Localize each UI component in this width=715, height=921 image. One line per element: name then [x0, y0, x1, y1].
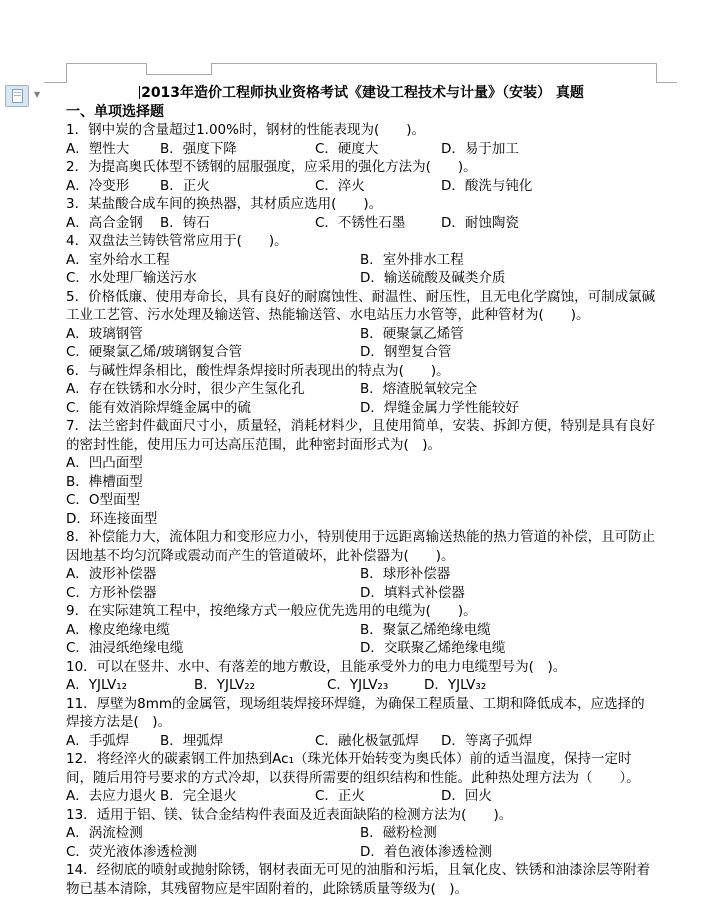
question: 7．法兰密封件截面尺寸小，质量轻，消耗材料少，且使用简单，安装、拆卸方便，特别是… [66, 417, 657, 528]
question-stem: 5．价格低廉、使用寿命长，具有良好的耐腐蚀性、耐温性、耐压性，且无电化学腐蚀，可… [66, 288, 657, 325]
question-options: A．塑性大 B．强度下降 C．硬度大 D．易于加工 [66, 140, 657, 159]
question-stem: 1．钢中炭的含量超过1.00%时，钢材的性能表现为( )。 [66, 121, 657, 140]
option: B．YJLV₂₂ [194, 676, 327, 695]
option: D．YJLV₃₂ [424, 676, 657, 695]
question: 10．可以在竖井、水中、有落差的地方敷设，且能承受外力的电力电缆型号为( )。 … [66, 658, 657, 695]
option: D．填料式补偿器 [360, 584, 657, 603]
option: B．磁粉检测 [360, 824, 657, 843]
page-title: 2013年造价工程师执业资格考试《建设工程技术与计量》（安装） 真题 [141, 85, 584, 101]
question-stem: 7．法兰密封件截面尺寸小，质量轻，消耗材料少，且使用简单，安装、拆卸方便，特别是… [66, 417, 657, 454]
paste-options-button[interactable]: ▼ [5, 85, 47, 107]
option: B．熔渣脱氧较完全 [360, 380, 657, 399]
page-boundary-line [44, 82, 66, 83]
option: C．能有效消除焊缝金属中的硫 [66, 399, 360, 418]
question-options: A．室外给水工程 B．室外排水工程 C．水处理厂输送污水 D．输送硫酸及碱类介质 [66, 251, 657, 288]
option: D．输送硫酸及碱类介质 [360, 269, 657, 288]
document-title-line: 2013年造价工程师执业资格考试《建设工程技术与计量》（安装） 真题 [66, 84, 657, 103]
question: 8．补偿能力大，流体阻力和变形应力小，特别使用于远距离输送热能的热力管道的补偿，… [66, 528, 657, 602]
paste-options-icon [5, 85, 29, 107]
option: C．正火 [315, 787, 441, 806]
option: A．塑性大 [66, 140, 160, 159]
option: C．硬聚氯乙烯/玻璃钢复合管 [66, 343, 360, 362]
question-stem: 14．经彻底的喷射或抛射除锈，钢材表面无可见的油脂和污垢，且氧化皮、铁锈和油漆涂… [66, 861, 657, 898]
question-options: A．橡皮绝缘电缆 B．聚氯乙烯绝缘电缆 C．油浸纸绝缘电缆 D．交联聚乙烯绝缘电… [66, 621, 657, 658]
question-stem: 9．在实际建筑工程中，按绝缘方式一般应优先选用的电缆为( )。 [66, 602, 657, 621]
option: C．淬火 [315, 177, 441, 196]
page-boundary-line [66, 63, 146, 64]
option: D．酸洗与钝化 [441, 177, 657, 196]
option: A．室外给水工程 [66, 251, 360, 270]
question: 1．钢中炭的含量超过1.00%时，钢材的性能表现为( )。 A．塑性大 B．强度… [66, 121, 657, 158]
question-stem: 6．与碱性焊条相比，酸性焊条焊接时所表现出的特点为( )。 [66, 362, 657, 381]
option: B．室外排水工程 [360, 251, 657, 270]
page-boundary-line [656, 63, 657, 83]
option: D．环连接面型 [66, 510, 657, 529]
option: D．等离子弧焊 [441, 732, 657, 751]
question: 11．厚壁为8mm的金属管，现场组装焊接环焊缝，为确保工程质量、工期和降低成本，… [66, 695, 657, 751]
question-stem: 8．补偿能力大，流体阻力和变形应力小，特别使用于远距离输送热能的热力管道的补偿，… [66, 528, 657, 565]
option: D．回火 [441, 787, 657, 806]
page-boundary-notch [211, 63, 212, 74]
question-options: A．手弧焊 B．埋弧焊 C．融化极氩弧焊 D．等离子弧焊 [66, 732, 657, 751]
option: C．融化极氩弧焊 [315, 732, 441, 751]
text-cursor [139, 86, 140, 99]
option: A．冷变形 [66, 177, 160, 196]
question: 4．双盘法兰铸铁管常应用于( )。 A．室外给水工程 B．室外排水工程 C．水处… [66, 232, 657, 288]
option: A．波形补偿器 [66, 565, 360, 584]
question: 12．将经淬火的碳素钢工件加热到Ac₁（珠光体开始转变为奥氏体）前的适当温度，保… [66, 750, 657, 806]
question-stem: 10．可以在竖井、水中、有落差的地方敷设，且能承受外力的电力电缆型号为( )。 [66, 658, 657, 677]
option: B．榫槽面型 [66, 473, 657, 492]
question: 5．价格低廉、使用寿命长，具有良好的耐腐蚀性、耐温性、耐压性，且无电化学腐蚀，可… [66, 288, 657, 362]
option: D．易于加工 [441, 140, 657, 159]
question-options: A．去应力退火 B．完全退火 C．正火 D．回火 [66, 787, 657, 806]
question-stem: 12．将经淬火的碳素钢工件加热到Ac₁（珠光体开始转变为奥氏体）前的适当温度，保… [66, 750, 657, 787]
page-boundary-notch [146, 74, 212, 75]
option: A．玻璃钢管 [66, 325, 360, 344]
option: A．手弧焊 [66, 732, 160, 751]
option: B．完全退火 [160, 787, 315, 806]
option: B．聚氯乙烯绝缘电缆 [360, 621, 657, 640]
option: D．焊缝金属力学性能较好 [360, 399, 657, 418]
page-boundary-line [656, 82, 677, 83]
question-stem: 11．厚壁为8mm的金属管，现场组装焊接环焊缝，为确保工程质量、工期和降低成本，… [66, 695, 657, 732]
option: C．O型面型 [66, 491, 657, 510]
option: B．球形补偿器 [360, 565, 657, 584]
option: C．油浸纸绝缘电缆 [66, 639, 360, 658]
option: C．硬度大 [315, 140, 441, 159]
option: C．YJLV₂₃ [327, 676, 424, 695]
question: 2．为提高奥氏体型不锈钢的屈服强度，应采用的强化方法为( )。 A．冷变形 B．… [66, 158, 657, 195]
option: C．不锈性石墨 [315, 214, 441, 233]
option: D．交联聚乙烯绝缘电缆 [360, 639, 657, 658]
option: D．耐蚀陶瓷 [441, 214, 657, 233]
question-options: A．冷变形 B．正火 C．淬火 D．酸洗与钝化 [66, 177, 657, 196]
question-options: A．涡流检测 B．磁粉检测 C．荧光液体渗透检测 D．着色液体渗透检测 [66, 824, 657, 861]
question: 6．与碱性焊条相比，酸性焊条焊接时所表现出的特点为( )。 A．存在铁锈和水分时… [66, 362, 657, 418]
option: B．硬聚氯乙烯管 [360, 325, 657, 344]
page-boundary-notch [146, 63, 147, 74]
option: C．方形补偿器 [66, 584, 360, 603]
option: A．橡皮绝缘电缆 [66, 621, 360, 640]
option: A．凹凸面型 [66, 454, 657, 473]
question-stem: 13．适用于铝、镁、钛合金结构件表面及近表面缺陷的检测方法为( )。 [66, 806, 657, 825]
option: A．存在铁锈和水分时，很少产生氢化孔 [66, 380, 360, 399]
option: B．铸石 [160, 214, 315, 233]
question-stem: 2．为提高奥氏体型不锈钢的屈服强度，应采用的强化方法为( )。 [66, 158, 657, 177]
option: C．荧光液体渗透检测 [66, 843, 360, 862]
option: B．正火 [160, 177, 315, 196]
section-heading: 一、单项选择题 [66, 103, 657, 122]
option: A．去应力退火 [66, 787, 160, 806]
question-options: A．存在铁锈和水分时，很少产生氢化孔 B．熔渣脱氧较完全 C．能有效消除焊缝金属… [66, 380, 657, 417]
chevron-down-icon[interactable]: ▼ [34, 90, 40, 100]
option: B．埋弧焊 [160, 732, 315, 751]
question: 14．经彻底的喷射或抛射除锈，钢材表面无可见的油脂和污垢，且氧化皮、铁锈和油漆涂… [66, 861, 657, 898]
option: A．高合金钢 [66, 214, 160, 233]
question-stem: 3．某盐酸合成车间的换热器，其材质应选用( )。 [66, 195, 657, 214]
question-options: A．高合金钢 B．铸石 C．不锈性石墨 D．耐蚀陶瓷 [66, 214, 657, 233]
question-options: A．波形补偿器 B．球形补偿器 C．方形补偿器 D．填料式补偿器 [66, 565, 657, 602]
option: D．钢塑复合管 [360, 343, 657, 362]
question: 3．某盐酸合成车间的换热器，其材质应选用( )。 A．高合金钢 B．铸石 C．不… [66, 195, 657, 232]
question: 13．适用于铝、镁、钛合金结构件表面及近表面缺陷的检测方法为( )。 A．涡流检… [66, 806, 657, 862]
question-options: A．YJLV₁₂ B．YJLV₂₂ C．YJLV₂₃ D．YJLV₃₂ [66, 676, 657, 695]
option: C．水处理厂输送污水 [66, 269, 360, 288]
question-options: A．玻璃钢管 B．硬聚氯乙烯管 C．硬聚氯乙烯/玻璃钢复合管 D．钢塑复合管 [66, 325, 657, 362]
document-text-area[interactable]: 2013年造价工程师执业资格考试《建设工程技术与计量》（安装） 真题 一、单项选… [66, 84, 657, 898]
question-options: A．凹凸面型 B．榫槽面型 C．O型面型 D．环连接面型 [66, 454, 657, 528]
option: A．YJLV₁₂ [66, 676, 194, 695]
question-stem: 4．双盘法兰铸铁管常应用于( )。 [66, 232, 657, 251]
option: B．强度下降 [160, 140, 315, 159]
option: A．涡流检测 [66, 824, 360, 843]
question: 9．在实际建筑工程中，按绝缘方式一般应优先选用的电缆为( )。 A．橡皮绝缘电缆… [66, 602, 657, 658]
page-boundary-line [211, 63, 656, 64]
option: D．着色液体渗透检测 [360, 843, 657, 862]
page-boundary-line [66, 63, 67, 83]
clipboard-page-glyph [12, 89, 23, 103]
